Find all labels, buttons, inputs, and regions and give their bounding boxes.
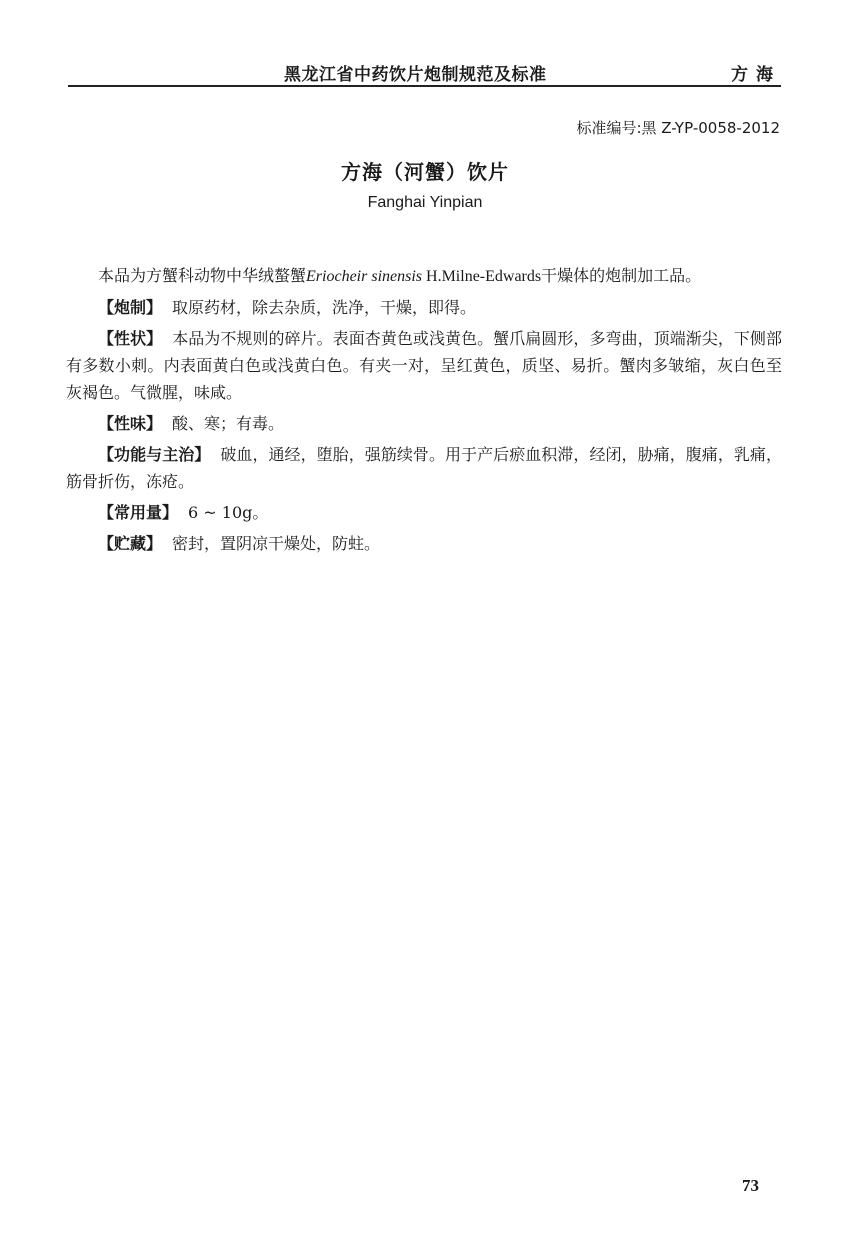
section-processing: 【炮制】取原药材，除去杂质，洗净，干燥，即得。 (66, 294, 782, 321)
section-label: 【功能与主治】 (98, 445, 210, 464)
section-characteristics: 【性状】本品为不规则的碎片。表面杏黄色或浅黄色。蟹爪扁圆形，多弯曲，顶端渐尖，下… (66, 325, 782, 406)
section-text: 密封，置阴凉干燥处，防蛀。 (172, 534, 380, 553)
page-number: 73 (742, 1176, 759, 1196)
page-title: 方海（河蟹）饮片 (0, 156, 850, 185)
latin-author: H.Milne-Edwards (422, 268, 541, 285)
section-nature-flavor: 【性味】酸、寒；有毒。 (66, 410, 782, 437)
latin-name: Eriocheir sinensis H.Milne-Edwards (306, 268, 541, 285)
standard-number: 标准编号:黑 Z-YP-0058-2012 (576, 117, 780, 138)
latin-species: Eriocheir sinensis (306, 268, 422, 285)
section-text: 6 ~ 10g。 (188, 503, 268, 522)
section-storage: 【贮藏】密封，置阴凉干燥处，防蛀。 (66, 530, 782, 557)
section-functions: 【功能与主治】破血，通经，堕胎，强筋续骨。用于产后瘀血积滞，经闭，胁痛，腹痛，乳… (66, 441, 782, 495)
section-dosage: 【常用量】6 ~ 10g。 (66, 499, 782, 526)
section-text: 取原药材，除去杂质，洗净，干燥，即得。 (172, 298, 476, 317)
intro-suffix: 干燥体的炮制加工品。 (541, 266, 701, 285)
section-text: 酸、寒；有毒。 (172, 414, 284, 433)
header-rule (68, 85, 781, 87)
section-label: 【性状】 (98, 329, 162, 348)
running-head: 黑龙江省中药饮片炮制规范及标准 方海 (68, 56, 781, 86)
intro-paragraph: 本品为方蟹科动物中华绒螯蟹Eriocheir sinensis H.Milne-… (66, 262, 782, 290)
monograph-body: 本品为方蟹科动物中华绒螯蟹Eriocheir sinensis H.Milne-… (66, 262, 782, 561)
section-name: 方海 (731, 60, 781, 85)
section-label: 【炮制】 (98, 298, 162, 317)
section-label: 【贮藏】 (98, 534, 162, 553)
section-text: 本品为不规则的碎片。表面杏黄色或浅黄色。蟹爪扁圆形，多弯曲，顶端渐尖，下侧部有多… (66, 329, 782, 402)
section-label: 【常用量】 (98, 503, 178, 522)
page-subtitle: Fanghai Yinpian (0, 194, 850, 212)
section-label: 【性味】 (98, 414, 162, 433)
intro-prefix: 本品为方蟹科动物中华绒螯蟹 (98, 266, 306, 285)
book-title: 黑龙江省中药饮片炮制规范及标准 (284, 60, 547, 85)
